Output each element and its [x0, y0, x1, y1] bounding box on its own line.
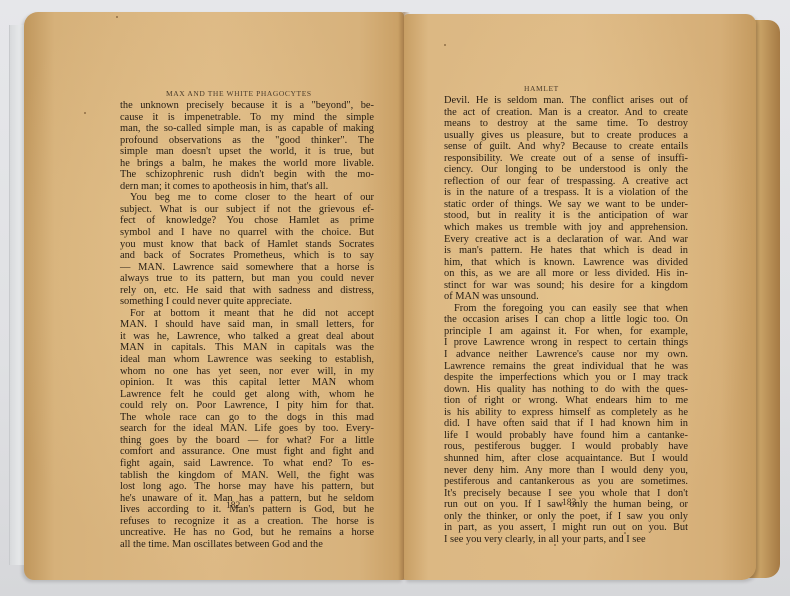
text-line: subject. What is our subject if not the …: [120, 204, 374, 216]
text-line: did. I have often said that if I had kno…: [444, 418, 688, 430]
text-line: shunned him, after close acquaintance. B…: [444, 453, 688, 465]
text-line: profound observations as the "good think…: [120, 135, 374, 147]
text-line: is in the nature of a trespass. It is a …: [444, 187, 688, 199]
text-line: pestiferous and cantankerous as you are …: [444, 476, 688, 488]
text-line: sense of guilt. And why? Because to crea…: [444, 141, 688, 153]
text-line: lost long ago. The horse may have his pa…: [120, 481, 374, 493]
text-line: tion of right or wrong. What endears him…: [444, 395, 688, 407]
text-line: the unknown precisely because it is a "b…: [120, 100, 374, 112]
text-line: lives according to it. Man's pattern is …: [120, 504, 374, 516]
text-line: is his ability to express himself as com…: [444, 407, 688, 419]
text-line: cause it is impenetrable. To my mind the…: [120, 112, 374, 124]
text-line: I prove Lawrence wrong in respect to cer…: [444, 337, 688, 349]
text-line: I advance neither Lawrence's cause nor m…: [444, 349, 688, 361]
text-line: The schizophrenic rush didn't begin with…: [120, 169, 374, 181]
text-line: always true to its pattern, but man you …: [120, 273, 374, 285]
text-line: refuses to recognize it as a creation. T…: [120, 516, 374, 528]
text-line: tablish the kingdom of MAN. Well, the fi…: [120, 470, 374, 482]
text-line: principle I am against it. For when, for…: [444, 326, 688, 338]
text-line: usually gives us pleasure, but to create…: [444, 130, 688, 142]
paper-spot: [84, 112, 86, 114]
text-line: down. His quality has nothing to do with…: [444, 384, 688, 396]
text-line: Lawrence felt he could get along with, w…: [120, 389, 374, 401]
text-line: ideal man whom Lawrence was seeking to e…: [120, 354, 374, 366]
text-line: symbol and I have no quarrel with the ch…: [120, 227, 374, 239]
paper-spot: [116, 16, 118, 18]
text-line: Every creative act is a declaration of w…: [444, 234, 688, 246]
text-line: Devil. He is seldom man. The conflict ar…: [444, 95, 688, 107]
text-line: comfort and assurance. One must fight an…: [120, 446, 374, 458]
text-line: man, the so-called simple man, is as cap…: [120, 123, 374, 135]
page-number-right: 183: [562, 498, 576, 508]
running-head-left: MAX AND THE WHITE PHAGOCYTES: [166, 89, 312, 98]
text-line: stood, but in reality it is the anticipa…: [444, 210, 688, 222]
left-page: MAX AND THE WHITE PHAGOCYTES the unknown…: [24, 12, 404, 580]
text-line: only the thinker, or only the poet, if I…: [444, 511, 688, 523]
text-line: You beg me to come closer to the heart o…: [120, 192, 374, 204]
left-page-body: the unknown precisely because it is a "b…: [120, 100, 374, 550]
text-line: something I could never quite appreciate…: [120, 296, 374, 308]
text-line: simple man doesn't upset the world, it i…: [120, 146, 374, 158]
text-line: and back of Socrates Prometheus, which i…: [120, 250, 374, 262]
text-line: MAN. I should have said man, in small le…: [120, 319, 374, 331]
text-line: reflection of our fear of trespassing. A…: [444, 176, 688, 188]
text-line: he brings a balm, he makes the world mor…: [120, 158, 374, 170]
paper-spot: [554, 544, 556, 546]
text-line: he's unaware of it. Man has a pattern, b…: [120, 493, 374, 505]
text-line: opinion. It was this capital letter MAN …: [120, 377, 374, 389]
text-line: on this, as we are all more or less divi…: [444, 268, 688, 280]
right-page: HAMLET Devil. He is seldom man. The conf…: [404, 14, 756, 580]
text-line: the occasion arises I can chop a little …: [444, 314, 688, 326]
text-line: in part, as you assert, I might run out …: [444, 522, 688, 534]
text-line: you must know that back of Hamlet stands…: [120, 239, 374, 251]
text-line: life I would probably have found him a c…: [444, 430, 688, 442]
text-line: ciency. Our longing to be understood is …: [444, 164, 688, 176]
running-head-right: HAMLET: [524, 84, 559, 93]
book-photo: MAX AND THE WHITE PHAGOCYTES the unknown…: [0, 0, 790, 596]
text-line: thing goes by the board — for what? For …: [120, 435, 374, 447]
text-line: MAN in capitals. This MAN in capitals wa…: [120, 342, 374, 354]
text-line: stinct for war was sound; his desire for…: [444, 280, 688, 292]
text-line: responsibility. We create out of a sense…: [444, 153, 688, 165]
text-line: static order of things. We say we want t…: [444, 199, 688, 211]
text-line: despite the imperfections which you or I…: [444, 372, 688, 384]
text-line: never deny him. Any more than I would de…: [444, 465, 688, 477]
text-line: all the time. Man oscillates between God…: [120, 539, 374, 551]
text-line: is man's pattern. He hates that which is…: [444, 245, 688, 257]
text-line: means to destroy at the same time. To de…: [444, 118, 688, 130]
paper-spot: [624, 532, 626, 534]
page-number-left: 182: [226, 501, 240, 511]
paper-spot: [444, 44, 446, 46]
text-line: uncreative. He has no God, but he remain…: [120, 527, 374, 539]
text-line: For at bottom it meant that he did not a…: [120, 308, 374, 320]
text-line: could rely on. Poor Lawrence, I pity him…: [120, 400, 374, 412]
text-line: rous, pestiferous bugger. I would probab…: [444, 441, 688, 453]
text-line: From the foregoing you can easily see th…: [444, 303, 688, 315]
text-line: fight again, said Lawrence. To what end?…: [120, 458, 374, 470]
text-line: the act of creation. Man is a creator. A…: [444, 107, 688, 119]
text-line: it was he, Lawrence, who talked a great …: [120, 331, 374, 343]
text-line: search for the ideal MAN. Life goes by t…: [120, 423, 374, 435]
text-line: which makes us tremble with joy and appr…: [444, 222, 688, 234]
text-line: Lawrence remains the great individual th…: [444, 361, 688, 373]
text-line: whom no one has yet seen, nor ever will,…: [120, 366, 374, 378]
right-page-body: Devil. He is seldom man. The conflict ar…: [444, 95, 688, 545]
text-line: The whole race can go to the dogs in thi…: [120, 412, 374, 424]
text-line: dern man; it comes to apotheosis in him,…: [120, 181, 374, 193]
text-line: fect of knowledge? You chose Hamlet as p…: [120, 215, 374, 227]
text-line: him, that which is known. Lawrence was d…: [444, 257, 688, 269]
text-line: I see you very clearly, in all your part…: [444, 534, 688, 546]
text-line: — MAN. Lawrence said somewhere that a ho…: [120, 262, 374, 274]
text-line: of MAN was unsound.: [444, 291, 688, 303]
text-line: rely on, etc. He said that with sadness …: [120, 285, 374, 297]
